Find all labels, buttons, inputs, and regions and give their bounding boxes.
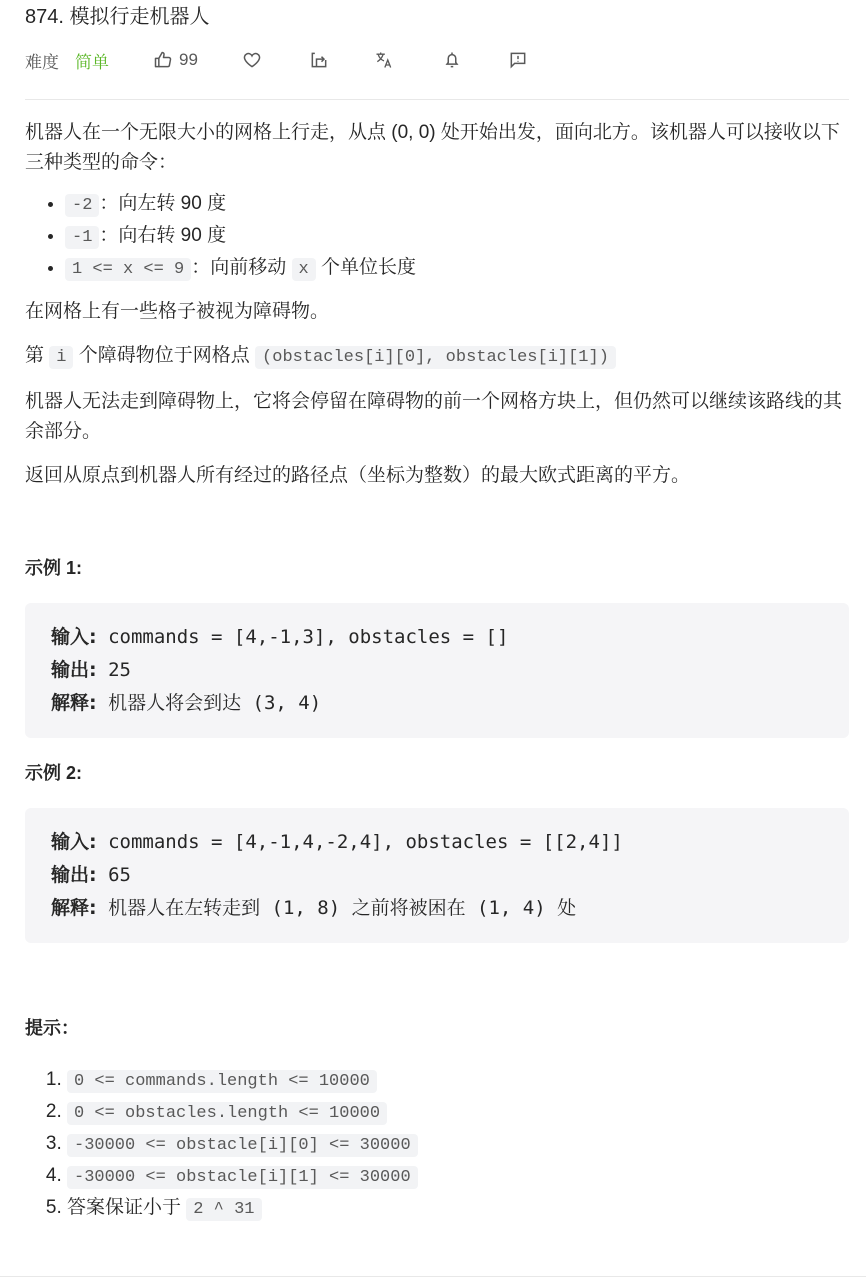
favorite-button[interactable] bbox=[242, 50, 262, 70]
like-button[interactable]: 99 bbox=[153, 50, 198, 70]
hints-list: 0 <= commands.length <= 10000 0 <= obsta… bbox=[25, 1065, 855, 1225]
obstacle-position-paragraph: 第 i 个障碍物位于网格点 (obstacles[i][0], obstacle… bbox=[25, 341, 855, 373]
problem-description: 机器人在一个无限大小的网格上行走，从点 (0, 0) 处开始出发，面向北方。该机… bbox=[25, 118, 855, 1225]
example-2-title: 示例 2: bbox=[25, 758, 855, 788]
command-list: -2：向左转 90 度 -1：向右转 90 度 1 <= x <= 9：向前移动… bbox=[25, 189, 855, 285]
share-button[interactable] bbox=[309, 50, 329, 70]
thumbs-up-icon bbox=[153, 50, 173, 70]
share-icon bbox=[309, 50, 329, 70]
intro-paragraph: 机器人在一个无限大小的网格上行走，从点 (0, 0) 处开始出发，面向北方。该机… bbox=[25, 118, 855, 178]
bell-icon bbox=[442, 50, 462, 70]
command-item: 1 <= x <= 9：向前移动 x 个单位长度 bbox=[65, 253, 855, 285]
like-count: 99 bbox=[179, 50, 198, 70]
translate-icon bbox=[374, 50, 394, 70]
command-item: -1：向右转 90 度 bbox=[65, 221, 855, 253]
return-paragraph: 返回从原点到机器人所有经过的路径点（坐标为整数）的最大欧式距离的平方。 bbox=[25, 461, 855, 491]
translate-button[interactable] bbox=[374, 50, 394, 70]
example-2-block: 输入: commands = [4,-1,4,-2,4], obstacles … bbox=[25, 808, 849, 943]
problem-meta-toolbar: 难度 简单 99 bbox=[25, 47, 528, 73]
hint-item: 答案保证小于 2 ^ 31 bbox=[67, 1193, 855, 1225]
notify-button[interactable] bbox=[442, 50, 462, 70]
example-1-title: 示例 1: bbox=[25, 553, 855, 583]
hints-title: 提示： bbox=[25, 1013, 855, 1043]
hint-item: 0 <= commands.length <= 10000 bbox=[67, 1065, 855, 1097]
feedback-button[interactable] bbox=[508, 50, 528, 70]
heart-icon bbox=[242, 50, 262, 70]
hint-item: 0 <= obstacles.length <= 10000 bbox=[67, 1097, 855, 1129]
obstacles-paragraph: 在网格上有一些格子被视为障碍物。 bbox=[25, 297, 855, 327]
bottom-divider bbox=[0, 1276, 866, 1277]
hint-item: -30000 <= obstacle[i][1] <= 30000 bbox=[67, 1161, 855, 1193]
difficulty-badge: 简单 bbox=[75, 48, 109, 73]
difficulty-label: 难度 bbox=[25, 48, 59, 73]
command-item: -2：向左转 90 度 bbox=[65, 189, 855, 221]
example-1-block: 输入: commands = [4,-1,3], obstacles = [] … bbox=[25, 603, 849, 738]
hint-item: -30000 <= obstacle[i][0] <= 30000 bbox=[67, 1129, 855, 1161]
problem-title: 874. 模拟行走机器人 bbox=[25, 4, 209, 30]
feedback-icon bbox=[508, 50, 528, 70]
header-divider bbox=[25, 99, 849, 100]
blocked-paragraph: 机器人无法走到障碍物上，它将会停留在障碍物的前一个网格方块上，但仍然可以继续该路… bbox=[25, 387, 855, 447]
